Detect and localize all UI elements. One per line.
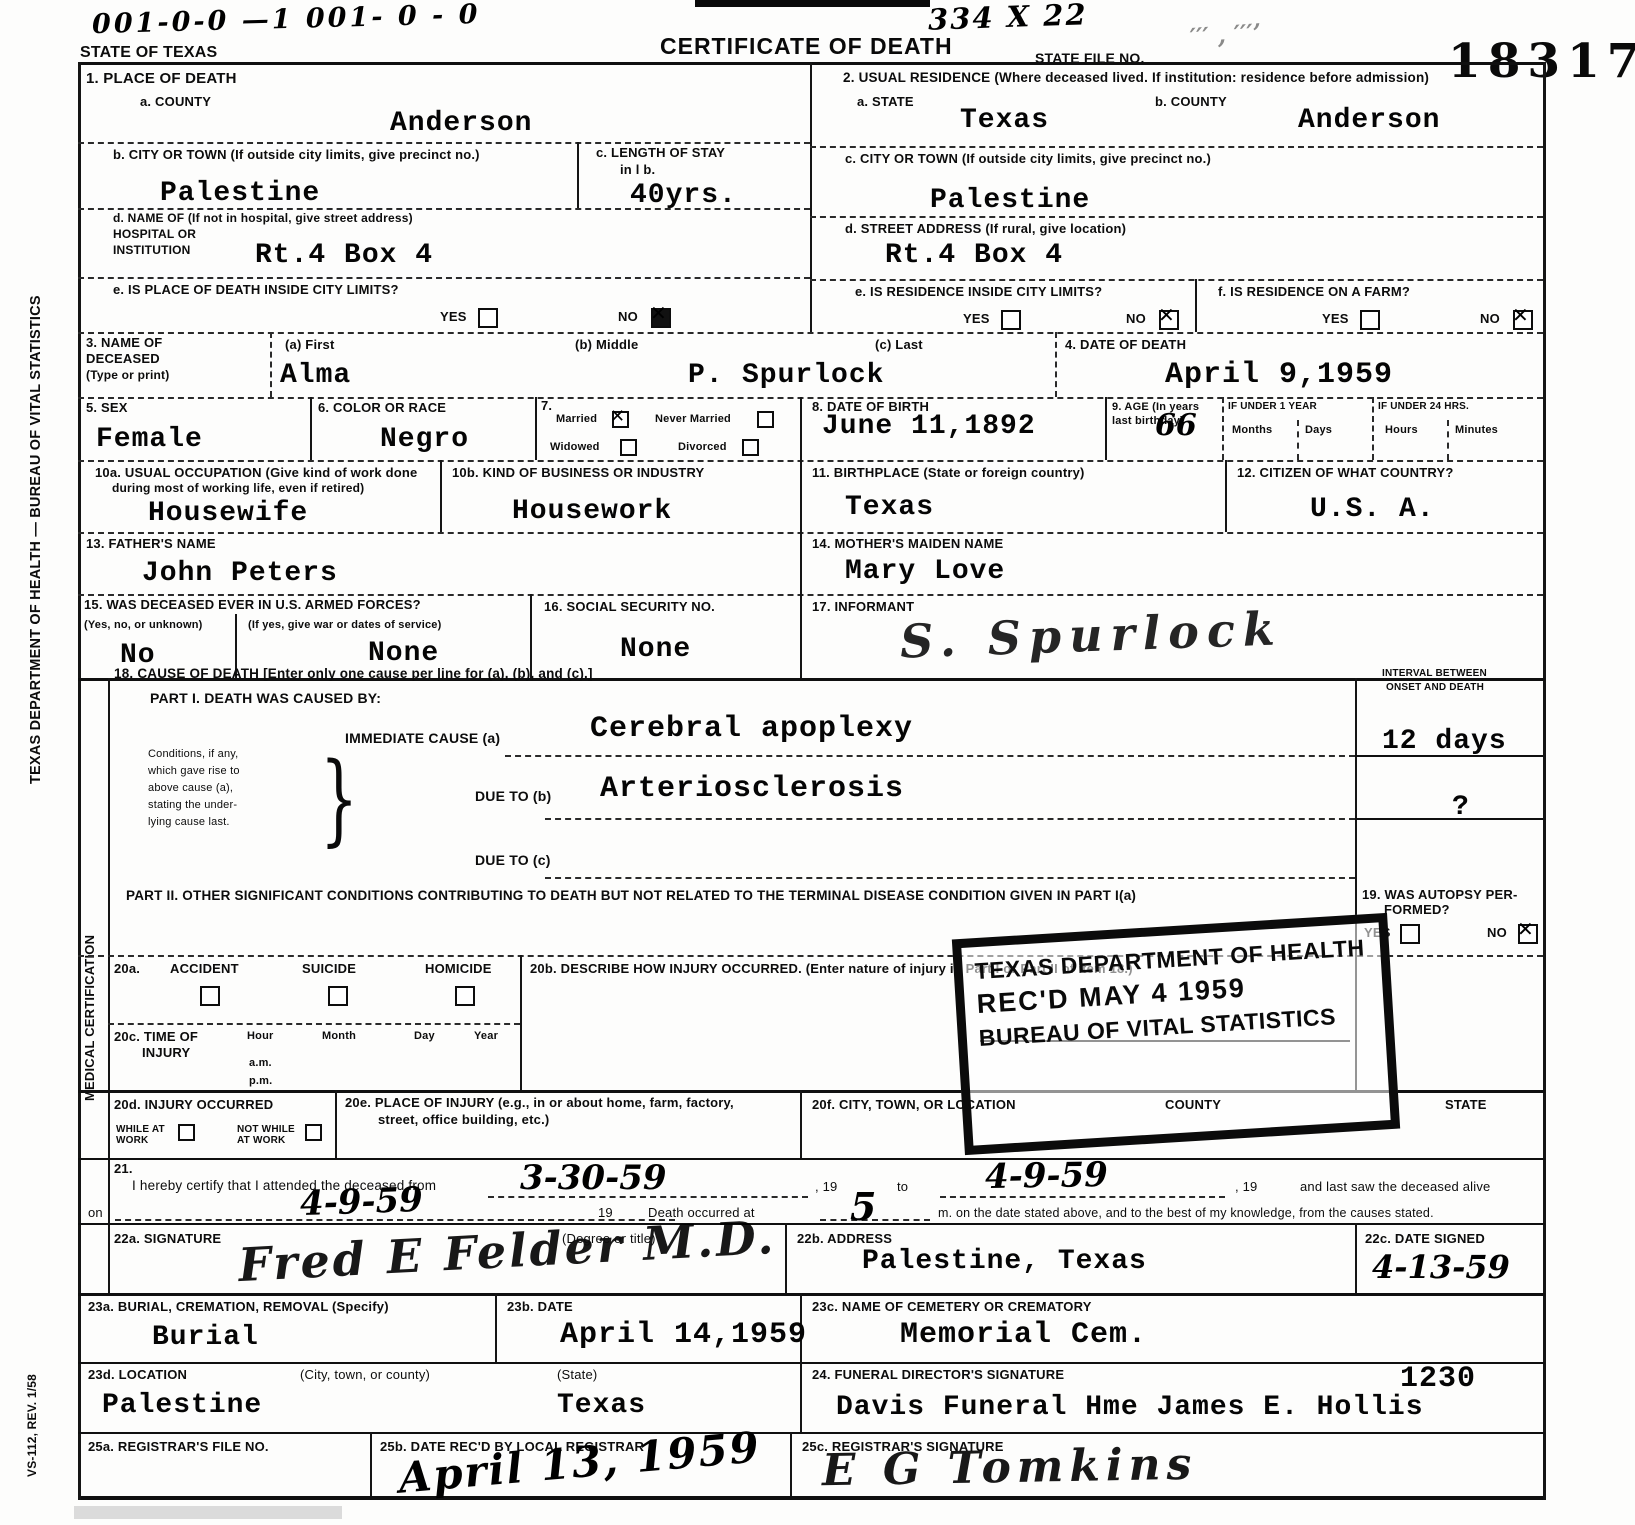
race-label: 6. COLOR OR RACE [318, 401, 446, 416]
divider [800, 397, 802, 460]
divider [78, 277, 810, 279]
immediate-cause-value: Cerebral apoplexy [590, 712, 913, 746]
place-of-death-label: 1. PLACE OF DEATH [86, 70, 237, 87]
injury-city-label: 20f. CITY, TOWN, OR LOCATION [812, 1098, 1016, 1113]
cause-label: 18. CAUSE OF DEATH [Enter only one cause… [114, 666, 593, 682]
divider [495, 1293, 497, 1362]
scan-artifact [74, 1506, 342, 1519]
date-of-death-label: 4. DATE OF DEATH [1065, 338, 1186, 353]
marital-widowed-checkbox [620, 439, 637, 456]
pod-hospital-label2: HOSPITAL OR [113, 228, 196, 242]
divider [440, 460, 442, 532]
divider [800, 1362, 802, 1432]
autopsy-no-label: NO [1487, 926, 1507, 941]
divider [78, 1496, 1545, 1500]
name-label: 3. NAME OF [86, 336, 162, 351]
divider [810, 279, 1543, 281]
armed-forces-sub1: (Yes, no, or unknown) [84, 619, 202, 632]
certify-on: on [88, 1206, 103, 1221]
pod-county-value: Anderson [390, 108, 532, 139]
res-street-label: d. STREET ADDRESS (If rural, give locati… [845, 222, 1126, 237]
place-of-injury-label: 20e. PLACE OF INJURY (e.g., in or about … [345, 1096, 734, 1111]
last-seen-date: 4-9-59 [299, 1180, 423, 1224]
handwritten-code-center: 334 X 22 [927, 0, 1088, 37]
not-while-at-work-checkbox [305, 1124, 322, 1141]
conditions-note4: stating the under- [148, 799, 237, 812]
age-value: 66 [1155, 408, 1197, 443]
pod-limits-label: e. IS PLACE OF DEATH INSIDE CITY LIMITS? [113, 283, 399, 298]
birthplace-label: 11. BIRTHPLACE (State or foreign country… [812, 466, 1085, 481]
divider [577, 142, 579, 208]
divider [800, 594, 802, 678]
divider [790, 1432, 792, 1496]
divider [800, 532, 802, 594]
registrar-date-value: April 13, 1959 [397, 1422, 763, 1502]
divider [535, 397, 537, 460]
armed-forces-sub2: (If yes, give war or dates of service) [248, 619, 441, 632]
name-last-label: (c) Last [875, 338, 923, 353]
degree-title-label: (Degree or title) [562, 1232, 656, 1247]
handwritten-code-left: 001-0-0 —1 001- 0 - 0 [92, 0, 481, 40]
divider [1355, 818, 1543, 820]
informant-signature: S. Spurlock [899, 601, 1283, 668]
received-stamp: TEXAS DEPARTMENT OF HEALTH REC'D MAY 4 1… [952, 913, 1400, 1155]
burial-state-sub: (State) [557, 1368, 597, 1383]
citizen-value: U.S. A. [1310, 494, 1435, 525]
divider [78, 1362, 1545, 1364]
divider [810, 62, 812, 332]
physician-address-value: Palestine, Texas [862, 1246, 1147, 1277]
conditions-note5: lying cause last. [148, 816, 230, 829]
pod-stay-label: c. LENGTH OF STAY [596, 146, 725, 161]
minutes-label: Minutes [1455, 424, 1498, 437]
divider [800, 1090, 802, 1158]
armed-forces-label: 15. WAS DECEASED EVER IN U.S. ARMED FORC… [84, 598, 421, 613]
due-to-c-label: DUE TO (c) [475, 852, 551, 868]
not-while-at-work-label: NOT WHILE [237, 1124, 295, 1136]
res-street-value: Rt.4 Box 4 [885, 240, 1063, 271]
certify-19-blank1: , 19 [815, 1180, 837, 1195]
scan-artifact [695, 0, 930, 7]
immediate-cause-label: IMMEDIATE CAUSE (a) [345, 730, 500, 746]
divider [108, 678, 110, 1293]
physician-signature-label: 22a. SIGNATURE [114, 1232, 221, 1247]
divider [1222, 397, 1224, 460]
hour-label: Hour [247, 1030, 273, 1043]
occupation-label: 10a. USUAL OCCUPATION (Give kind of work… [95, 466, 418, 481]
armed-forces-detail: None [368, 638, 439, 669]
injury-state-label: STATE [1445, 1098, 1487, 1113]
occupation-value: Housewife [148, 498, 308, 529]
death-time-value: 5 [850, 1184, 876, 1229]
pod-limits-no-checkbox-checked: ✕ [651, 308, 671, 328]
divider [78, 332, 1543, 334]
res-city-label: c. CITY OR TOWN (If outside city limits,… [845, 152, 1211, 167]
divider [78, 1432, 1545, 1434]
faint-handwriting: ′′′ , ′′′’ [1189, 18, 1262, 52]
divider [78, 397, 1543, 399]
marital-married-label: Married [556, 413, 597, 426]
informant-label: 17. INFORMANT [812, 600, 914, 615]
registrar-signature: E G Tomkins [822, 1439, 1198, 1497]
pod-limits-yes-checkbox [478, 308, 498, 328]
divider [785, 1223, 787, 1293]
year-label: Year [474, 1030, 498, 1043]
marital-never-married-checkbox [757, 411, 774, 428]
divider [940, 1196, 1225, 1198]
under-24-label: IF UNDER 24 HRS. [1378, 401, 1469, 413]
divider [520, 955, 522, 1090]
attended-to-date: 4-9-59 [985, 1155, 1109, 1197]
burial-location-value: Palestine [102, 1390, 262, 1421]
cause-part2-label: PART II. OTHER SIGNIFICANT CONDITIONS CO… [126, 888, 1136, 904]
pod-stay-sub-label: in l b. [620, 163, 655, 178]
name-middle-label: (b) Middle [575, 338, 638, 353]
physician-address-label: 22b. ADDRESS [797, 1232, 892, 1247]
divider [1447, 420, 1449, 460]
burial-date-value: April 14,1959 [560, 1318, 807, 1352]
cemetery-label: 23c. NAME OF CEMETERY OR CREMATORY [812, 1300, 1092, 1315]
am-label: a.m. [249, 1057, 272, 1070]
marital-widowed-label: Widowed [550, 441, 600, 454]
death-certificate-scan: 001-0-0 —1 001- 0 - 0 334 X 22 CERTIFICA… [0, 0, 1635, 1525]
res-county-value: Anderson [1298, 105, 1440, 136]
injury-county-label: COUNTY [1165, 1098, 1221, 1113]
suicide-checkbox [328, 986, 348, 1006]
ssn-value: None [620, 634, 691, 665]
side-vertical-agency: TEXAS DEPARTMENT OF HEALTH — BUREAU OF V… [28, 250, 45, 830]
certify-to: to [897, 1180, 908, 1195]
while-at-work-label: WHILE AT [116, 1124, 165, 1136]
marital-divorced-label: Divorced [678, 441, 727, 454]
name-label2: DECEASED [86, 352, 160, 367]
pod-limits-no-label: NO [618, 310, 638, 325]
divider [310, 397, 312, 460]
res-state-label: a. STATE [857, 95, 914, 110]
conditions-note2: which gave rise to [148, 765, 240, 778]
mother-value: Mary Love [845, 556, 1005, 587]
divider [1543, 62, 1546, 1500]
divider [1297, 420, 1299, 460]
conditions-brace: } [320, 742, 358, 858]
while-at-work-label2: WORK [116, 1135, 148, 1147]
res-limits-no-checkbox-checked: ✕ [1159, 310, 1179, 330]
divider [270, 332, 272, 397]
certify-number: 21. [114, 1162, 133, 1177]
cemetery-value: Memorial Cem. [900, 1318, 1147, 1352]
divider [800, 460, 802, 532]
conditions-note: Conditions, if any, [148, 748, 238, 761]
autopsy-label: 19. WAS AUTOPSY PER- [1362, 888, 1517, 903]
divider [335, 1090, 337, 1158]
burial-location-label: 23d. LOCATION [88, 1368, 187, 1383]
marital-label: 7. [541, 399, 552, 414]
name-last-value: Spurlock [742, 360, 884, 391]
hours-label: Hours [1385, 424, 1418, 437]
autopsy-no-checkbox-checked: ✕ [1518, 924, 1538, 944]
cause-part1-label: PART I. DEATH WAS CAUSED BY: [150, 690, 381, 706]
divider [78, 1223, 1545, 1225]
registrar-file-label: 25a. REGISTRAR'S FILE NO. [88, 1440, 269, 1455]
date-of-death-value: April 9,1959 [1165, 358, 1393, 392]
divider [370, 1432, 372, 1496]
res-limits-label: e. IS RESIDENCE INSIDE CITY LIMITS? [855, 285, 1102, 300]
accident-label: ACCIDENT [170, 962, 239, 977]
certify-19-blank2: , 19 [1235, 1180, 1257, 1195]
name-first-label: (a) First [285, 338, 334, 353]
page-title: CERTIFICATE OF DEATH [660, 33, 953, 60]
injury-20a-label: 20a. [114, 962, 140, 977]
divider [1055, 332, 1057, 397]
sex-value: Female [96, 424, 203, 455]
name-middle-value: P. [688, 360, 724, 391]
divider [1355, 1223, 1357, 1293]
injury-occurred-label: 20d. INJURY OCCURRED [114, 1098, 273, 1113]
res-farm-label: f. IS RESIDENCE ON A FARM? [1218, 285, 1410, 300]
burial-state-value: Texas [557, 1390, 646, 1421]
citizen-label: 12. CITIZEN OF WHAT COUNTRY? [1237, 466, 1453, 481]
interval-label: INTERVAL BETWEEN [1382, 668, 1487, 680]
birthplace-value: Texas [845, 492, 934, 523]
days-label: Days [1305, 424, 1332, 437]
pod-hospital-label: d. NAME OF (If not in hospital, give str… [113, 212, 413, 226]
time-of-injury-label: 20c. TIME OF [114, 1030, 198, 1045]
state-of-texas-label: STATE OF TEXAS [80, 44, 217, 62]
divider [78, 594, 1543, 596]
business-label: 10b. KIND OF BUSINESS OR INDUSTRY [452, 466, 704, 481]
side-medical-certification: MEDICAL CERTIFICATION [83, 858, 98, 1178]
funeral-director-label: 24. FUNERAL DIRECTOR'S SIGNATURE [812, 1368, 1064, 1383]
res-county-label: b. COUNTY [1155, 95, 1227, 110]
pod-hospital-label3: INSTITUTION [113, 244, 191, 258]
burial-location-sub: (City, town, or county) [300, 1368, 430, 1383]
interval-label2: ONSET AND DEATH [1386, 682, 1484, 694]
divider [1105, 397, 1107, 460]
res-limits-yes-label: YES [963, 312, 990, 327]
date-signed-label: 22c. DATE SIGNED [1365, 1232, 1485, 1247]
pod-limits-yes-label: YES [440, 310, 467, 325]
father-label: 13. FATHER'S NAME [86, 537, 216, 552]
name-label3: (Type or print) [86, 369, 169, 383]
occupation-label2: during most of working life, even if ret… [112, 482, 364, 496]
interval-a-value: 12 days [1382, 726, 1507, 757]
pod-stay-value: 40yrs. [630, 180, 737, 211]
not-while-at-work-label2: AT WORK [237, 1135, 285, 1147]
divider [810, 216, 1543, 218]
divider [108, 1023, 520, 1025]
divider [505, 755, 1355, 757]
suicide-label: SUICIDE [302, 962, 356, 977]
res-farm-yes-label: YES [1322, 312, 1349, 327]
res-farm-no-label: NO [1480, 312, 1500, 327]
race-value: Negro [380, 424, 469, 455]
certify-text4: m. on the date stated above, and to the … [938, 1206, 1434, 1220]
month-label: Month [322, 1030, 356, 1043]
place-of-injury-label2: street, office building, etc.) [378, 1113, 549, 1128]
business-value: Housework [512, 496, 672, 527]
months-label: Months [1232, 424, 1272, 437]
res-limits-yes-checkbox [1001, 310, 1021, 330]
homicide-checkbox [455, 986, 475, 1006]
autopsy-label2: FORMED? [1384, 903, 1450, 918]
ssn-label: 16. SOCIAL SECURITY NO. [544, 600, 715, 615]
res-limits-no-label: NO [1126, 312, 1146, 327]
sex-label: 5. SEX [86, 401, 128, 416]
res-city-value: Palestine [930, 185, 1090, 216]
time-of-injury-label2: INJURY [142, 1046, 190, 1061]
under-year-label: IF UNDER 1 YEAR [1228, 401, 1317, 413]
conditions-note3: above cause (a), [148, 782, 233, 795]
pm-label: p.m. [249, 1075, 272, 1088]
father-value: John Peters [142, 558, 338, 589]
accident-checkbox [200, 986, 220, 1006]
divider [78, 460, 1543, 462]
divider [1195, 279, 1197, 332]
while-at-work-checkbox [178, 1124, 195, 1141]
res-state-value: Texas [960, 105, 1049, 136]
name-first-value: Alma [280, 360, 351, 391]
burial-type-value: Burial [152, 1322, 259, 1353]
form-code: VS-112, REV. 1/58 [26, 1358, 40, 1493]
dob-value: June 11,1892 [822, 411, 1036, 442]
mother-label: 14. MOTHER'S MAIDEN NAME [812, 537, 1003, 552]
divider [810, 146, 1543, 148]
divider [1225, 460, 1227, 532]
marital-never-married-label: Never Married [655, 413, 731, 426]
funeral-director-number: 1230 [1400, 1362, 1476, 1396]
certify-text2: and last saw the deceased alive [1300, 1180, 1491, 1195]
res-farm-yes-checkbox [1360, 310, 1380, 330]
burial-date-label: 23b. DATE [507, 1300, 573, 1315]
due-to-b-label: DUE TO (b) [475, 788, 551, 804]
burial-type-label: 23a. BURIAL, CREMATION, REMOVAL (Specify… [88, 1300, 389, 1315]
pod-city-label: b. CITY OR TOWN (If outside city limits,… [113, 148, 480, 163]
divider [545, 877, 1355, 879]
marital-divorced-checkbox [742, 439, 759, 456]
divider [545, 818, 1355, 820]
due-to-b-value: Arteriosclerosis [600, 772, 904, 806]
funeral-director-value: Davis Funeral Hme James E. Hollis [836, 1392, 1424, 1423]
residence-label: 2. USUAL RESIDENCE (Where deceased lived… [843, 70, 1429, 86]
attended-from-date: 3-30-59 [520, 1158, 667, 1198]
divider [78, 142, 810, 144]
marital-married-checkbox-checked: ✕ [612, 411, 629, 428]
pod-city-value: Palestine [160, 178, 320, 209]
pod-county-label: a. COUNTY [140, 95, 211, 110]
homicide-label: HOMICIDE [425, 962, 492, 977]
pod-hospital-value: Rt.4 Box 4 [255, 240, 433, 271]
divider [78, 1293, 1545, 1296]
divider [78, 1158, 1545, 1160]
autopsy-yes-checkbox [1400, 924, 1420, 944]
divider [1372, 397, 1374, 460]
day-label: Day [414, 1030, 435, 1043]
res-farm-no-checkbox-checked: ✕ [1513, 310, 1533, 330]
divider [78, 532, 1543, 534]
date-signed-value: 4-13-59 [1372, 1248, 1510, 1286]
interval-b-value: ? [1452, 792, 1470, 823]
